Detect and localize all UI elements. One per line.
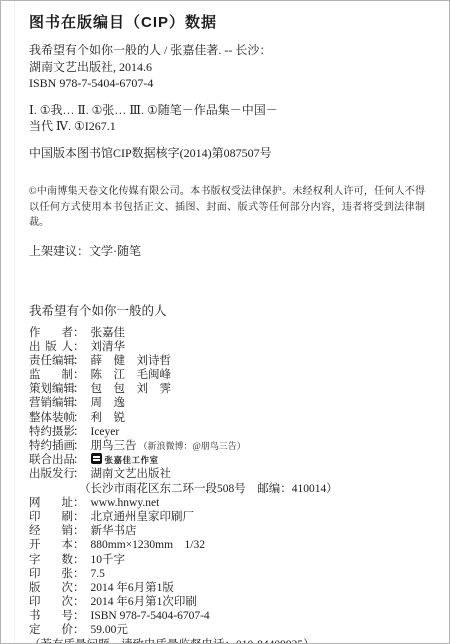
- credit-colon: ：: [73, 497, 85, 509]
- credit-label: 营销编辑: [29, 396, 73, 410]
- credit-row: 联合出品：张嘉佳工作室: [29, 453, 425, 467]
- credit-label: 整体装帧: [29, 411, 73, 425]
- credit-value: 880mm×1230mm 1/32: [91, 539, 205, 551]
- credit-row: 出版人：刘清华: [29, 340, 425, 354]
- credit-row: 印次：2014 年6月第1次印刷: [29, 595, 425, 609]
- credit-label: 联合出品: [29, 453, 73, 467]
- zhangjiajia-studio-logo-icon: [91, 453, 102, 464]
- credit-colon: ：: [73, 624, 85, 636]
- credit-colon: ：: [73, 383, 85, 395]
- credit-value: 湖南文艺出版社: [91, 468, 172, 480]
- credit-row: 印张：7.5: [29, 567, 425, 581]
- copyright-notice: ©中南博集天卷文化传媒有限公司。本书版权受法律保护。未经权利人许可，任何人不得以…: [29, 184, 425, 231]
- shelf-suggestion: 上架建议：文学·随笔: [29, 243, 425, 259]
- credit-colon: ：: [73, 610, 85, 622]
- credit-colon: ：: [73, 539, 85, 551]
- credit-label: 作者: [29, 326, 73, 340]
- credit-label: 出版人: [29, 340, 73, 354]
- credit-row: 开本：880mm×1230mm 1/32: [29, 538, 425, 552]
- credit-label: 定价: [29, 623, 73, 637]
- credit-value: 59.00元: [91, 624, 128, 636]
- credit-value: 7.5: [91, 568, 105, 580]
- credit-row: 特约摄影：Iceyer: [29, 425, 425, 439]
- credit-row: 版次：2014 年6月第1版: [29, 581, 425, 595]
- quality-hotline-note: （若有质量问题，请致电质量监督电话：010-84409925）: [29, 638, 425, 644]
- credit-colon: ：: [73, 327, 85, 339]
- credit-value: 刘清华: [91, 341, 126, 353]
- credit-row: 作者：张嘉佳: [29, 326, 425, 340]
- credit-colon: ：: [73, 355, 85, 367]
- credit-value: 利 锐: [91, 412, 126, 424]
- book-copyright-page: 图书在版编目（CIP）数据 我希望有个如你一般的人 / 张嘉佳著. -- 长沙：…: [0, 0, 450, 644]
- cip-classification-block: Ⅰ. ①我… Ⅱ. ①张… Ⅲ. ①随笔－作品集－中国－ 当代 Ⅳ. ①I267…: [29, 102, 425, 135]
- credit-value: 张嘉佳: [91, 327, 126, 339]
- credits-list: 作者：张嘉佳出版人：刘清华责任编辑：薛 健 刘诗哲监制：陈 江 毛闽峰策划编辑：…: [29, 326, 425, 638]
- cip-registration-number: 中国版本图书馆CIP数据核字(2014)第087507号: [29, 145, 425, 162]
- credit-note: （新浪微博：@朋鸟三告）: [139, 441, 246, 451]
- credit-value: www.hnwy.net: [91, 497, 160, 509]
- credit-label: 出版发行: [29, 467, 73, 481]
- credit-colon: ：: [73, 582, 85, 594]
- credit-row: 经销：新华书店: [29, 524, 425, 538]
- credit-colon: ：: [73, 468, 85, 480]
- credit-value: 2014 年6月第1版: [91, 582, 174, 594]
- credit-label: 印次: [29, 595, 73, 609]
- credit-row: 字数：10千字: [29, 553, 425, 567]
- credit-value: 新华书店: [91, 525, 137, 537]
- credit-label: 责任编辑: [29, 354, 73, 368]
- credit-colon: ：: [73, 440, 85, 452]
- credit-colon: ：: [73, 397, 85, 409]
- cip-classification-line: Ⅰ. ①我… Ⅱ. ①张… Ⅲ. ①随笔－作品集－中国－: [29, 102, 425, 119]
- credit-label: 特约摄影: [29, 425, 73, 439]
- credit-colon: ：: [73, 454, 85, 466]
- cip-record-line: ISBN 978-7-5404-6707-4: [29, 75, 425, 92]
- credit-colon: ：: [73, 412, 85, 424]
- credit-colon: ：: [73, 511, 85, 523]
- credit-label: 书号: [29, 609, 73, 623]
- credit-row: 责任编辑：薛 健 刘诗哲: [29, 354, 425, 368]
- credit-value: 周 逸: [91, 397, 126, 409]
- cip-classification-line: 当代 Ⅳ. ①I267.1: [29, 118, 425, 135]
- credit-row: 印刷：北京通州皇家印刷厂: [29, 510, 425, 524]
- credit-label: 印张: [29, 567, 73, 581]
- credit-colon: ：: [73, 568, 85, 580]
- credit-colon: ：: [73, 596, 85, 608]
- credit-value: 10千字: [91, 554, 126, 566]
- credit-label: 开本: [29, 538, 73, 552]
- studio-logo-text: 张嘉佳工作室: [105, 455, 159, 465]
- cip-record-block: 我希望有个如你一般的人 / 张嘉佳著. -- 长沙： 湖南文艺出版社, 2014…: [29, 42, 425, 92]
- credit-label: 特约插画: [29, 439, 73, 453]
- credit-label: 字数: [29, 553, 73, 567]
- credit-label: 印刷: [29, 510, 73, 524]
- credit-colon: ：: [73, 554, 85, 566]
- credit-colon: ：: [73, 369, 85, 381]
- credit-value: 包 包 刘 霁: [91, 383, 172, 395]
- credit-row: 网址：www.hnwy.net: [29, 496, 425, 510]
- credit-row: 出版发行：湖南文艺出版社: [29, 467, 425, 481]
- credit-value: 2014 年6月第1次印刷: [91, 596, 197, 608]
- credit-value: 北京通州皇家印刷厂: [91, 511, 195, 523]
- credit-colon: ：: [73, 341, 85, 353]
- credit-label: 版次: [29, 581, 73, 595]
- credit-row: 书号：ISBN 978-7-5404-6707-4: [29, 609, 425, 623]
- cip-record-line: 我希望有个如你一般的人 / 张嘉佳著. -- 长沙：: [29, 42, 425, 59]
- credit-label: 网址: [29, 496, 73, 510]
- credit-value: 朋鸟三告: [91, 440, 137, 452]
- cip-record-line: 湖南文艺出版社, 2014.6: [29, 59, 425, 76]
- credit-value: ISBN 978-7-5404-6707-4: [91, 610, 210, 622]
- credit-row: 整体装帧：利 锐: [29, 411, 425, 425]
- publisher-address: （长沙市雨花区东二环一段508号 邮编：410014）: [29, 482, 425, 496]
- credit-row: 定价：59.00元: [29, 623, 425, 637]
- credit-colon: ：: [73, 525, 85, 537]
- credit-label: 策划编辑: [29, 382, 73, 396]
- credit-colon: ：: [73, 426, 85, 438]
- credit-value: 陈 江 毛闽峰: [91, 369, 172, 381]
- credit-row: 策划编辑：包 包 刘 霁: [29, 382, 425, 396]
- credit-row: 监制：陈 江 毛闽峰: [29, 368, 425, 382]
- credit-value: 薛 健 刘诗哲: [91, 355, 172, 367]
- credit-label: 经销: [29, 524, 73, 538]
- cip-header: 图书在版编目（CIP）数据: [29, 13, 425, 33]
- credit-row: 特约插画：朋鸟三告（新浪微博：@朋鸟三告）: [29, 439, 425, 453]
- credit-label: 监制: [29, 368, 73, 382]
- credit-row: 营销编辑：周 逸: [29, 396, 425, 410]
- credit-value: Iceyer: [91, 426, 120, 438]
- book-title: 我希望有个如你一般的人: [29, 303, 425, 319]
